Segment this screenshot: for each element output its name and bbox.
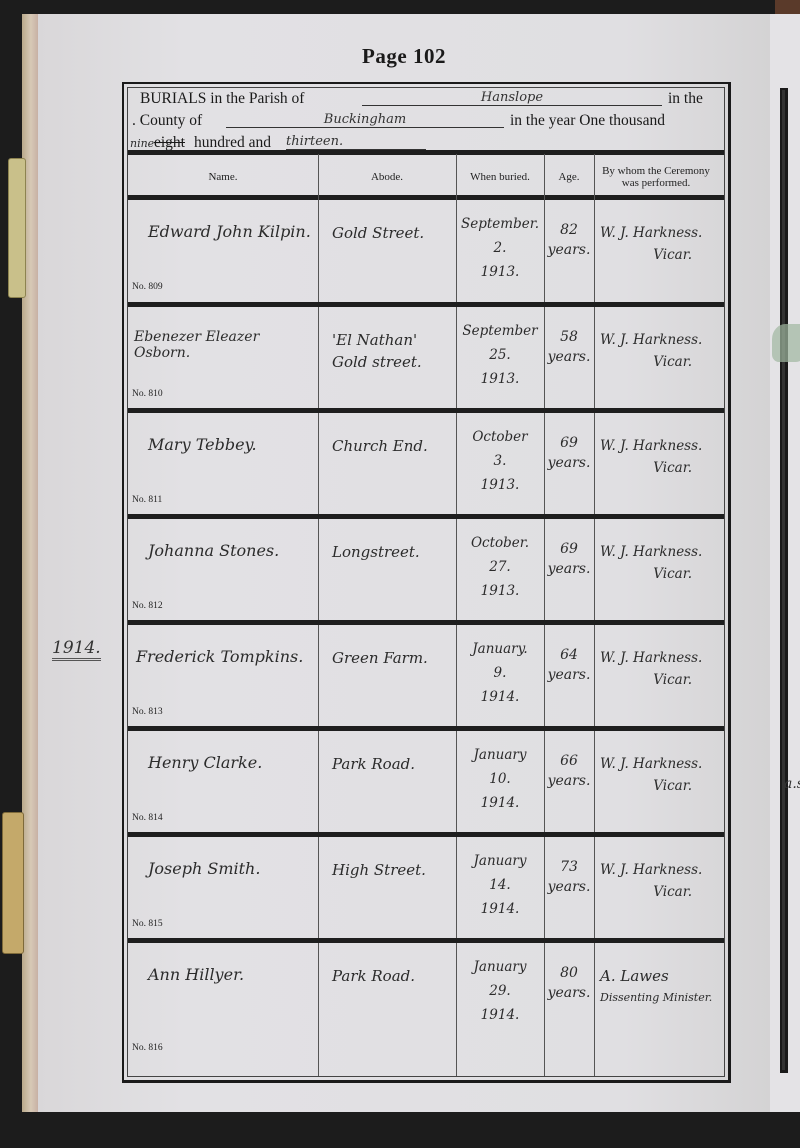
entry-year: 1914. <box>456 897 544 921</box>
entry-day: 25. <box>456 343 544 367</box>
entry-number: No. 813 <box>132 707 163 717</box>
entry-abode-line2: Gold street. <box>332 351 422 373</box>
entry-abode: Longstreet. <box>332 541 420 563</box>
table-row: Ann Hillyer.No. 816 Park Road. January29… <box>128 943 724 1061</box>
binding-clip-top <box>8 158 26 298</box>
facing-page: a.s <box>768 14 800 1112</box>
officiant-name: W. J. Harkness. <box>600 650 702 666</box>
heading-line2-suffix: in the year One thousand <box>510 112 665 130</box>
entry-year: 1913. <box>456 367 544 391</box>
entry-age-unit: years. <box>544 453 594 473</box>
entry-month: January <box>456 743 544 767</box>
entry-month: September. <box>456 212 544 236</box>
table-row: Johanna Stones.No. 812 Longstreet. Octob… <box>128 519 724 619</box>
county-value: Buckingham <box>226 112 504 128</box>
facing-page-frame <box>780 88 788 1073</box>
entry-year: 1913. <box>456 260 544 284</box>
heading-line-parish: BURIALS in the Parish of Hanslope in the <box>130 90 722 112</box>
table-row: Henry Clarke.No. 814 Park Road. January1… <box>128 731 724 831</box>
entry-age: 82 <box>544 220 594 240</box>
entry-year: 1914. <box>456 1003 544 1027</box>
entry-age: 69 <box>544 433 594 453</box>
entry-month: September <box>456 319 544 343</box>
entry-abode: Gold Street. <box>332 222 424 244</box>
entry-month: January <box>456 849 544 873</box>
table-row: Frederick Tompkins.No. 813 Green Farm. J… <box>128 625 724 725</box>
entry-age-unit: years. <box>544 347 594 367</box>
page-title: Page 102 <box>38 44 770 69</box>
officiant-title: Vicar. <box>600 457 714 479</box>
entry-age: 73 <box>544 857 594 877</box>
entry-age-unit: years. <box>544 240 594 260</box>
entry-abode: Green Farm. <box>332 647 428 669</box>
entry-age-unit: years. <box>544 771 594 791</box>
officiant-title: Vicar. <box>600 775 714 797</box>
entry-year: 1914. <box>456 685 544 709</box>
register-heading: BURIALS in the Parish of Hanslope in the… <box>130 90 722 156</box>
officiant-name: W. J. Harkness. <box>600 862 702 878</box>
entry-age-unit: years. <box>544 665 594 685</box>
parish-value: Hanslope <box>362 90 662 106</box>
entry-age: 66 <box>544 751 594 771</box>
officiant-title: Vicar. <box>600 563 714 585</box>
col-header-name: Name. <box>128 158 318 196</box>
margin-year-note: 1914. <box>52 638 101 661</box>
col-header-age: Age. <box>544 158 594 196</box>
facing-page-mark: a.s <box>784 776 800 792</box>
officiant-title: Vicar. <box>600 351 714 373</box>
book-corner <box>775 0 800 14</box>
entry-name: Edward John Kilpin. <box>148 222 311 241</box>
entry-age-unit: years. <box>544 877 594 897</box>
entry-day: 14. <box>456 873 544 897</box>
officiant-name: W. J. Harkness. <box>600 544 702 560</box>
col-header-by-whom: By whom the Ceremony was performed. <box>594 158 718 196</box>
entry-abode: Park Road. <box>332 965 415 987</box>
entry-abode: High Street. <box>332 859 426 881</box>
page-stain <box>772 324 800 362</box>
entry-name: Henry Clarke. <box>148 753 262 772</box>
table-row: Mary Tebbey.No. 811 Church End. October3… <box>128 413 724 513</box>
header-rule-top <box>128 150 724 155</box>
entry-number: No. 809 <box>132 282 163 292</box>
table-row: Joseph Smith.No. 815 High Street. Januar… <box>128 837 724 937</box>
entry-day: 10. <box>456 767 544 791</box>
entry-day: 27. <box>456 555 544 579</box>
heading-county-label: . County of <box>132 112 202 130</box>
entry-number: No. 816 <box>132 1043 163 1053</box>
entry-name: Johanna Stones. <box>148 541 279 560</box>
entry-name: Mary Tebbey. <box>148 435 257 454</box>
officiant-title: Vicar. <box>600 881 714 903</box>
officiant-name: W. J. Harkness. <box>600 332 702 348</box>
entry-age: 69 <box>544 539 594 559</box>
entry-age: 64 <box>544 645 594 665</box>
heading-line1-suffix: in the <box>668 90 703 108</box>
entry-abode: Church End. <box>332 435 428 457</box>
entry-day: 2. <box>456 236 544 260</box>
table-row: Ebenezer Eleazer Osborn.No. 810 'El Nath… <box>128 307 724 407</box>
entry-month: October. <box>456 531 544 555</box>
entry-day: 29. <box>456 979 544 1003</box>
entry-age-unit: years. <box>544 983 594 1003</box>
officiant-name: W. J. Harkness. <box>600 438 702 454</box>
entry-month: October <box>456 425 544 449</box>
entry-name: Ann Hillyer. <box>148 965 244 984</box>
officiant-name: W. J. Harkness. <box>600 756 702 772</box>
officiant-title: Vicar. <box>600 669 714 691</box>
entry-name: Ebenezer Eleazer Osborn. <box>134 329 318 361</box>
register-frame: BURIALS in the Parish of Hanslope in the… <box>122 82 731 1083</box>
officiant-title: Vicar. <box>600 244 714 266</box>
entry-year: 1913. <box>456 473 544 497</box>
heading-parish-label: BURIALS in the Parish of <box>140 90 304 108</box>
entry-day: 9. <box>456 661 544 685</box>
officiant-title: Dissenting Minister. <box>600 987 714 1009</box>
officiant-name: W. J. Harkness. <box>600 225 702 241</box>
burials-table: Name. Abode. When buried. Age. By whom t… <box>128 150 724 1076</box>
year-words-value: thirteen. <box>286 134 426 150</box>
binding-clip-bottom <box>2 812 24 954</box>
heading-line-county: . County of Buckingham in the year One t… <box>130 112 722 134</box>
officiant-name: A. Lawes <box>600 967 669 985</box>
entry-number: No. 815 <box>132 919 163 929</box>
entry-abode: Park Road. <box>332 753 415 775</box>
col-header-abode: Abode. <box>318 158 456 196</box>
entry-number: No. 810 <box>132 389 163 399</box>
entry-year: 1913. <box>456 579 544 603</box>
entry-name: Joseph Smith. <box>148 859 260 878</box>
col-header-when: When buried. <box>456 158 544 196</box>
entry-month: January <box>456 955 544 979</box>
handwritten-nine: nine <box>130 137 154 150</box>
entry-number: No. 811 <box>132 495 162 505</box>
table-row: Edward John Kilpin.No. 809 Gold Street. … <box>128 200 724 300</box>
entry-day: 3. <box>456 449 544 473</box>
entry-number: No. 812 <box>132 601 163 611</box>
entry-age: 58 <box>544 327 594 347</box>
entry-age: 80 <box>544 963 594 983</box>
entry-age-unit: years. <box>544 559 594 579</box>
entry-abode: 'El Nathan' <box>332 329 422 351</box>
entry-number: No. 814 <box>132 813 163 823</box>
entry-name: Frederick Tompkins. <box>136 647 303 666</box>
register-page: Page 102 1914. BURIALS in the Parish of … <box>38 14 770 1112</box>
entry-month: January. <box>456 637 544 661</box>
entry-year: 1914. <box>456 791 544 815</box>
